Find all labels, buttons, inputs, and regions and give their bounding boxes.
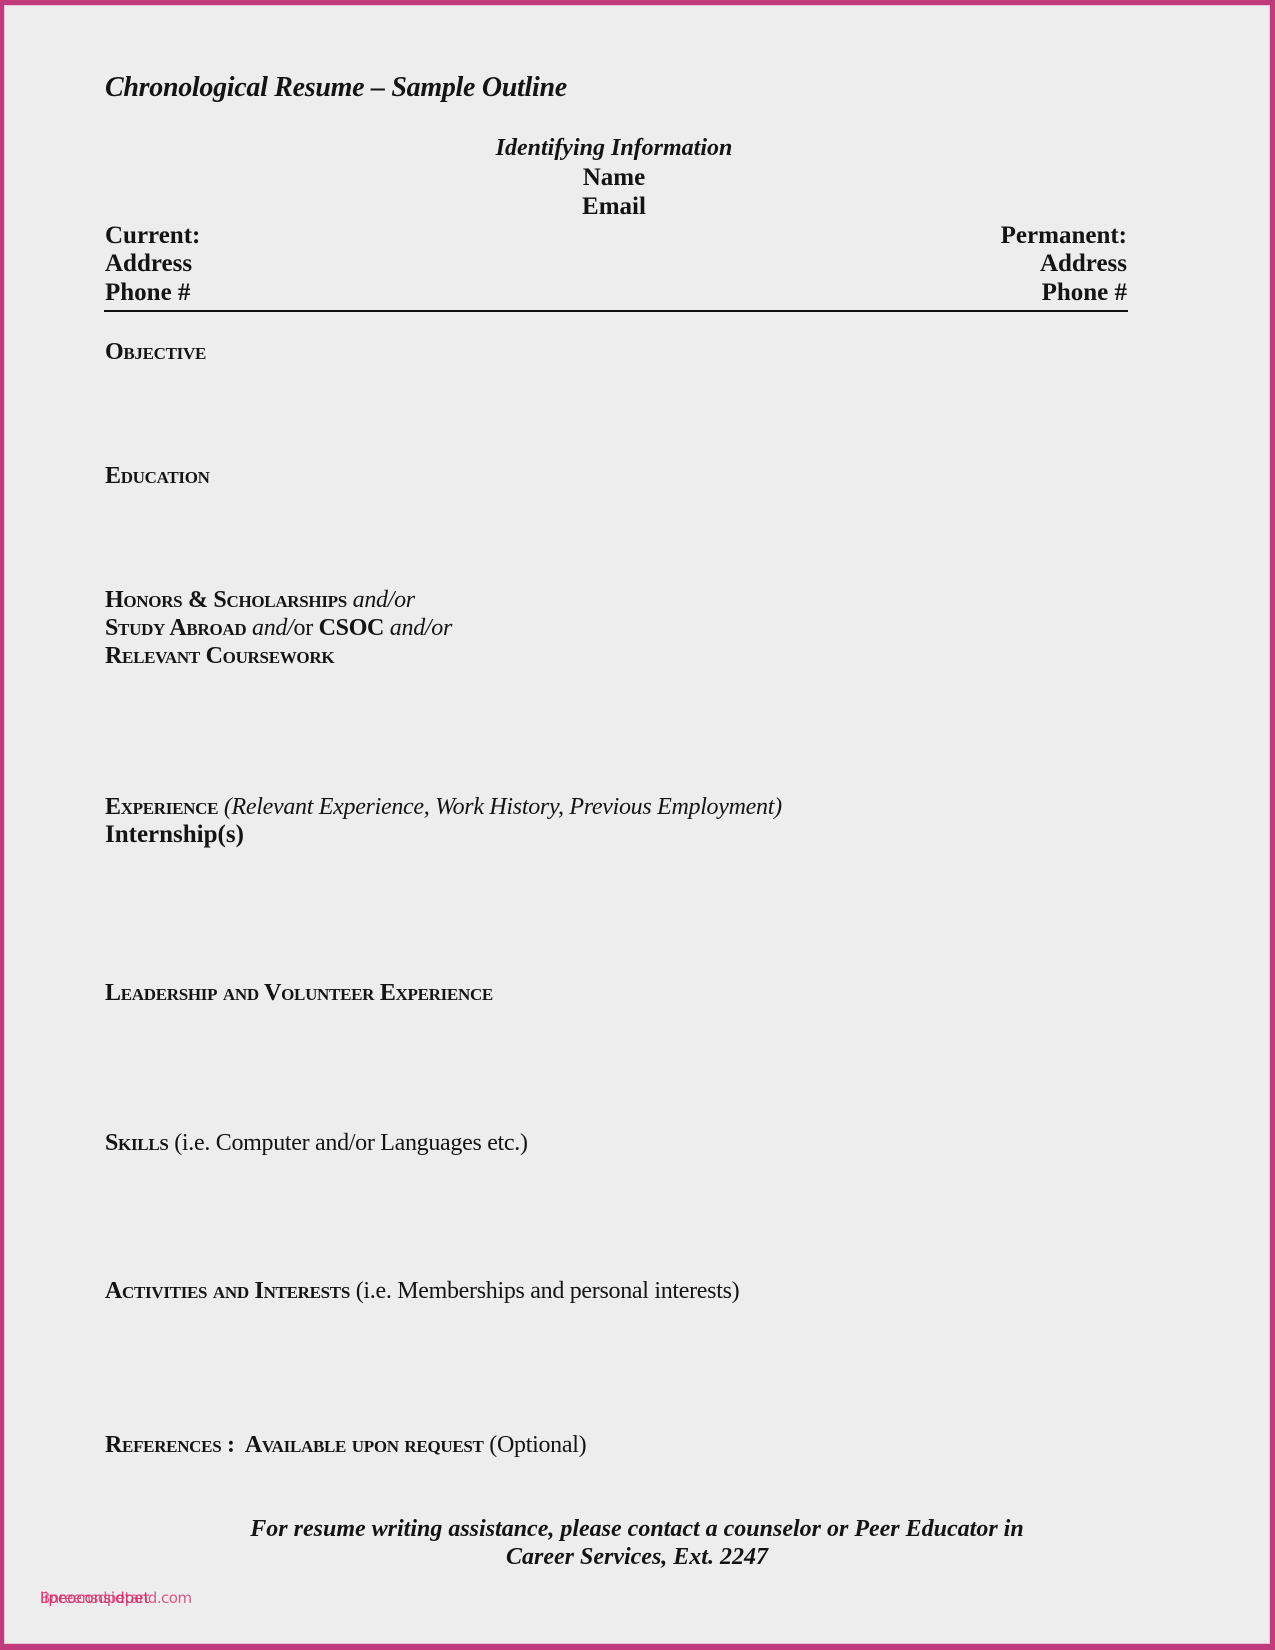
references-note: (Optional) <box>489 1432 586 1458</box>
section-education: Education <box>105 464 210 488</box>
activities-note: (i.e. Memberships and personal interests… <box>356 1278 740 1304</box>
section-honors-line1: Honors & Scholarships and/or <box>105 588 415 612</box>
internships-subheading: Internship(s) <box>105 822 244 847</box>
honors-heading: Honors & Scholarships <box>105 587 347 613</box>
study-abroad-heading: Study Abroad <box>105 615 246 641</box>
header-divider <box>104 310 1128 312</box>
section-honors-line2: Study Abroad and/or CSOC and/or <box>105 616 452 640</box>
skills-heading: Skills <box>105 1130 169 1156</box>
section-objective: Objective <box>105 340 206 364</box>
section-skills: Skills (i.e. Computer and/or Languages e… <box>105 1131 528 1155</box>
section-references: References : Available upon request (Opt… <box>105 1433 586 1457</box>
identifying-info-heading: Identifying Information <box>414 136 814 160</box>
name-placeholder: Name <box>414 165 814 190</box>
skills-note: (i.e. Computer and/or Languages etc.) <box>174 1130 527 1156</box>
experience-heading: Experience <box>105 794 218 820</box>
csoc-conj: and/or <box>390 615 452 641</box>
csoc-heading: CSOC <box>319 615 384 641</box>
current-label: Current: <box>105 223 200 248</box>
permanent-address: Address <box>827 251 1127 276</box>
activities-heading: Activities and Interests <box>105 1278 350 1304</box>
section-experience: Experience (Relevant Experience, Work Hi… <box>105 795 782 819</box>
document-title: Chronological Resume – Sample Outline <box>105 74 567 102</box>
section-leadership: Leadership and Volunteer Experience <box>105 981 493 1005</box>
study-abroad-conj-or: or <box>294 615 313 641</box>
references-value: Available upon request <box>245 1432 484 1458</box>
footer-line-1: For resume writing assistance, please co… <box>137 1517 1137 1541</box>
footer-line-2: Career Services, Ext. 2247 <box>137 1545 1137 1569</box>
experience-note: (Relevant Experience, Work History, Prev… <box>224 794 782 820</box>
permanent-phone: Phone # <box>827 280 1127 305</box>
section-activities: Activities and Interests (i.e. Membershi… <box>105 1279 739 1303</box>
current-phone: Phone # <box>105 280 190 305</box>
current-address: Address <box>105 251 192 276</box>
references-heading: References : <box>105 1432 235 1458</box>
study-abroad-conj: and/ <box>252 615 293 641</box>
section-relevant-coursework: Relevant Coursework <box>105 644 334 668</box>
permanent-label: Permanent: <box>827 223 1127 248</box>
honors-conj: and/or <box>353 587 415 613</box>
email-placeholder: Email <box>414 194 814 219</box>
watermark-text-b: Bnreensdpetand.com <box>40 1591 192 1606</box>
